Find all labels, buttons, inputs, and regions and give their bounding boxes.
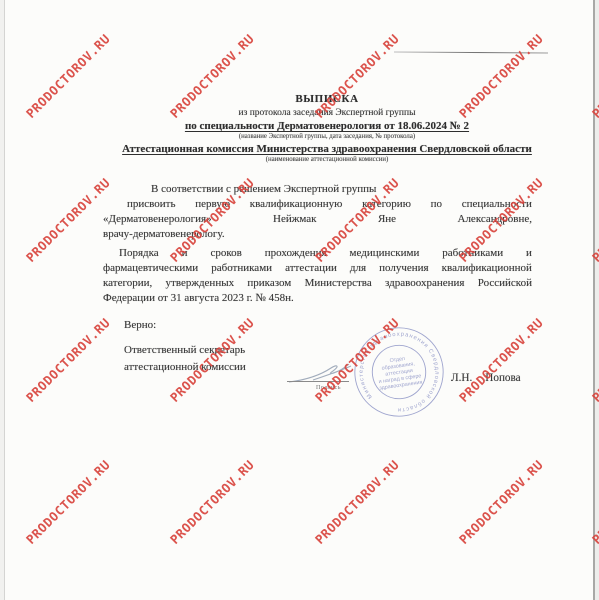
watermark-text: PRODOCTOROV.RU [311, 457, 401, 547]
watermark-text: PRODOCTOROV.RU [22, 457, 112, 547]
paragraph-1: В соответствии с решением Экспертной гру… [103, 182, 532, 242]
paragraph-2-line-4: Федерации от 31 августа 2023 г. № 458н. [103, 291, 532, 306]
document-subtitle: из протокола заседания Экспертной группы [103, 108, 551, 118]
signer-initials: Л.Н. [451, 372, 472, 384]
document-title: ВЫПИСКА [103, 93, 551, 105]
page-edge-right-band [595, 0, 599, 600]
commission-line: Аттестационная комиссия Министерства здр… [103, 143, 551, 155]
secretary-title: Ответственный секретарь аттестационной к… [124, 342, 246, 375]
round-stamp: Министерство здравоохранения Свердловско… [347, 320, 451, 424]
signer-surname: Попова [485, 372, 520, 384]
paragraph-2-line-2: фармацевтическимиработникамиаттестациидл… [103, 261, 532, 276]
secretary-title-line-2: аттестационной комиссии [124, 359, 246, 376]
scan-artifact-line [394, 51, 548, 53]
watermark-text: PRODOCTOROV.RU [22, 175, 112, 265]
paragraph-2-line-3: категории,утвержденныхприказомМинистерст… [103, 276, 532, 291]
specialty-line: по специальности Дерматовенерология от 1… [103, 120, 551, 132]
watermark-text: PRODOCTOROV.RU [22, 31, 112, 121]
commission-caption: (наименование аттестационной комиссии) [103, 156, 551, 163]
specialty-caption: (название Экспертной группы, дата заседа… [103, 133, 551, 140]
paragraph-2: Порядкаисроковпрохождениямедицинскимираб… [103, 246, 532, 306]
watermark-text: PRODOCTOROV.RU [22, 315, 112, 405]
watermark-text: PRODOCTOROV.RU [166, 457, 256, 547]
watermark-text: PRODOCTOROV.RU [455, 457, 545, 547]
paragraph-1-line-2: присвоитьпервуюквалификационнуюкатегорию… [103, 197, 532, 212]
watermark-text: PRODOCTOROV.RU [455, 315, 545, 405]
signer-name: Л.Н.Попова [451, 372, 521, 384]
paragraph-1-line-4: врачу-дерматовенерологу. [103, 227, 532, 242]
signature-caption: Подпись [316, 385, 341, 391]
paragraph-1-line-1: В соответствии с решением Экспертной гру… [103, 182, 532, 197]
paragraph-1-line-3: «Дерматовенерология»НейжмакЯнеАлександро… [103, 212, 532, 227]
paragraph-2-line-1: Порядкаисроковпрохождениямедицинскимираб… [103, 246, 532, 261]
secretary-title-line-1: Ответственный секретарь [124, 342, 246, 359]
page-edge-left-line [4, 0, 5, 600]
verified-label: Верно: [124, 319, 156, 331]
scanned-document-page: ВЫПИСКА из протокола заседания Экспертно… [0, 0, 599, 600]
signature-line [287, 381, 349, 382]
